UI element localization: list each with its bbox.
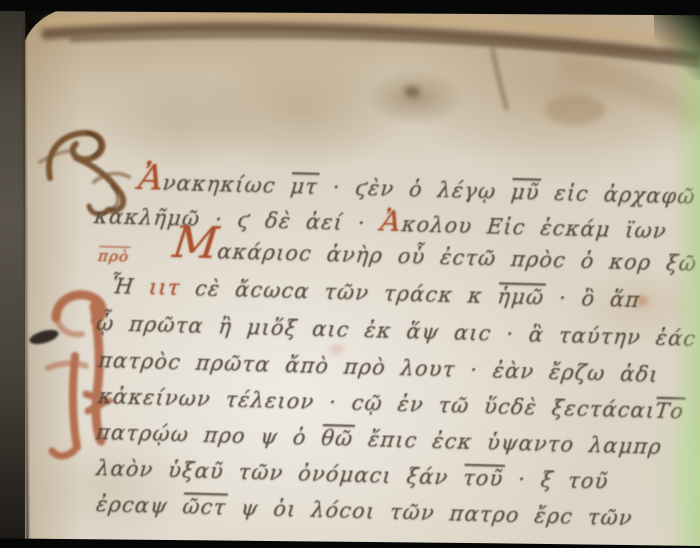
left-film-border — [0, 0, 25, 548]
text-block: Ἀνακηκίωϲ μτ · ϛὲν ὁ λέγῳ μῦ εἰϲ ἀρχαφῶκ… — [0, 0, 700, 548]
ink-text: πατρῴω προ ψ ὁ — [95, 420, 323, 450]
manuscript-photo: Ἀνακηκίωϲ μτ · ϛὲν ὁ λέγῳ μῦ εἰϲ ἀρχαφῶκ… — [0, 0, 700, 548]
text-line: Ἧ ιιτ ϲὲ ἄϲωϲα τῶν τράϲκ κ ἡμῶ · ὃ ἅπ — [109, 274, 642, 312]
ink-text: τοῦ — [462, 466, 505, 491]
ink-text: λαὸν ὑξαῦ τῶν ὀνόμαϲι ξάν — [95, 456, 465, 490]
text-line: λαὸν ὑξαῦ τῶν ὀνόμαϲι ξάν τοῦ · ξ τοῦ — [95, 456, 610, 493]
ink-text: ψ ὁι λόϲοι τῶν πατρο ἔρϲ τῶν — [225, 495, 634, 530]
text-line: Ἀνακηκίωϲ μτ · ϛὲν ὁ λέγῳ μῦ εἰϲ ἀρχαφῶ — [137, 170, 697, 209]
ink-text: ϲὲ ἄϲωϲα τῶν τράϲκ κ — [179, 276, 499, 308]
ink-text: · ϛὲν ὁ λέγῳ — [317, 175, 513, 204]
text-line: πρὸ — [97, 247, 130, 266]
ink-text: · ὃ ἅπ — [543, 285, 642, 311]
text-line: κἀκείνων τέλειον · ϲῷ ἐν τῶ ὕϲδὲ ξεϲτάϲα… — [97, 384, 700, 425]
ink-text: ῶϲτ — [181, 494, 228, 519]
rubric-text: πρὸ — [97, 247, 130, 266]
ink-text: κἀκείνων τέλειον · ϲῷ ἐν τῶ ὕϲδὲ ξεϲτάϲα… — [97, 384, 657, 423]
ink-text: ἡμῶ — [496, 284, 545, 309]
ink-text: νακηκίωϲ — [161, 171, 291, 198]
ink-text: ἐρϲαψ — [95, 492, 184, 518]
ink-text: κολου Εἰϲ ἑϲκάμ ϊων — [400, 212, 668, 243]
ink-text: μτ — [289, 174, 319, 199]
ink-text: ακάριοϲ ἀνὴρ οὗ ἐϲτῶ πρὸϲ ὁ κορ ξῶ — [216, 239, 699, 276]
text-line: Μακάριοϲ ἀνὴρ οὗ ἐϲτῶ πρὸϲ ὁ κορ ξῶ — [171, 238, 699, 276]
text-line: πατρὸϲ πρῶτα ἄπὸ πρὸ λουτ · ἐὰν ἔρζω ἀδι — [97, 348, 660, 387]
right-light-leak-bottom — [630, 368, 700, 548]
text-line: ᾧ πρῶτα ἢ μιὅξ αιϲ ἐκ ἅψ αιϲ · ἃ ταύτην … — [95, 311, 698, 351]
ink-text: θῶ — [320, 426, 355, 451]
ink-text: κακλῆμῶ · ϛ δὲ ἀεί · — [93, 204, 382, 235]
ink-text: πατρὸϲ πρῶτα ἄπὸ πρὸ λουτ · ἐὰν ἔρζω ἀδι — [97, 348, 660, 387]
ink-text: ᾧ πρῶτα ἢ μιὅξ αιϲ ἐκ ἅψ αιϲ · ἃ ταύτην … — [95, 311, 698, 351]
text-line: πατρῴω προ ψ ὁ θῶ ἔπιϲ ἐϲκ ὑψαντο λαμπρ — [95, 420, 663, 459]
ink-text: Ἧ — [109, 274, 151, 299]
rubric-text: Μ — [170, 217, 221, 269]
ink-text: · ξ τοῦ — [502, 467, 610, 494]
ink-text: μῦ — [510, 180, 541, 205]
ink-text: ἔπιϲ ἐϲκ ὑψαντο λαμπρ — [352, 427, 663, 459]
text-line: ἐρϲαψ ῶϲτ ψ ὁι λόϲοι τῶν πατρο ἔρϲ τῶν — [95, 492, 634, 530]
rubric-text: ιιτ — [148, 275, 182, 300]
